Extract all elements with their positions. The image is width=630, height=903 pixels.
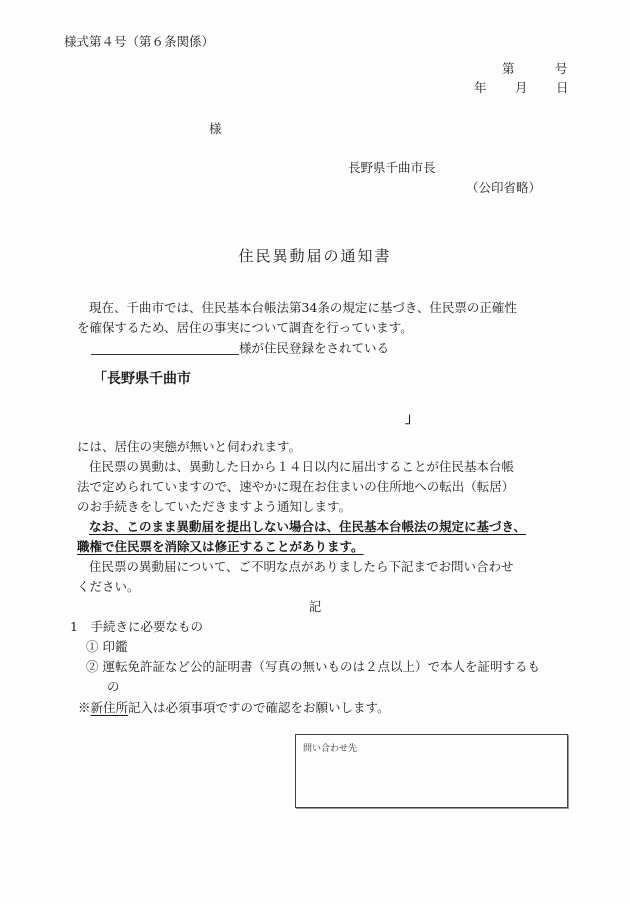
notes-heading: 記 bbox=[0, 601, 630, 614]
address-open: 「長野県千曲市 bbox=[93, 372, 191, 386]
notes-sub-item-2-line-2: の bbox=[107, 681, 120, 694]
notes-sub-item-2-line-1: ② 運転免許証など公的証明書（写真の無いものは２点以上）で本人を証明するも bbox=[86, 661, 540, 674]
resident-name-blank bbox=[91, 342, 239, 355]
paragraph-4-line-3: のお手続きをしていただきますよう通知します。 bbox=[77, 501, 351, 514]
addressee-honorific: 様 bbox=[209, 123, 222, 136]
notes-remark: ※新住所記入は必須事項ですので確認をお願いします。 bbox=[78, 702, 390, 715]
sender-name: 長野県千曲市長 bbox=[348, 162, 436, 175]
remark-underlined: 新住所 bbox=[91, 700, 129, 715]
resident-name-suffix: 様が住民登録をされている bbox=[239, 341, 389, 356]
address-close: 」 bbox=[405, 412, 419, 426]
notes-item-1: 1 手続きに必要なもの bbox=[70, 621, 203, 634]
date-day: 日 bbox=[556, 82, 569, 95]
warning-line-1: なお、このまま異動届を提出しない場合は、住民基本台帳法の規定に基づき、 bbox=[77, 521, 526, 534]
contact-box: 問い合わせ先 bbox=[295, 734, 568, 808]
paragraph-1-line-1: 現在、千曲市では、住民基本台帳法第34条の規定に基づき、住民票の正確性 bbox=[77, 302, 517, 315]
paragraph-3: には、居住の実態が無いと伺われます。 bbox=[77, 441, 301, 454]
doc-number-suffix: 号 bbox=[555, 63, 568, 76]
paragraph-5-line-2: ください。 bbox=[77, 581, 140, 594]
paragraph-1-line-2: を確保するため、居住の事実について調査を行っています。 bbox=[77, 322, 413, 335]
date-year: 年 bbox=[474, 82, 487, 95]
warning-line-2: 職権で住民票を消除又は修正することがあります。 bbox=[77, 541, 364, 554]
remark-mark: ※ bbox=[78, 700, 91, 715]
document-title: 住民異動届の通知書 bbox=[0, 249, 630, 264]
date-month: 月 bbox=[515, 82, 528, 95]
paragraph-4-line-1: 住民票の異動は、異動した日から１４日以内に届出することが住民基本台帳 bbox=[77, 461, 514, 474]
paragraph-5-line-1: 住民票の異動届について、ご不明な点がありましたら下記までお問い合わせ bbox=[77, 561, 514, 574]
form-number: 様式第４号（第６条関係） bbox=[64, 36, 214, 49]
resident-name-line: 様が住民登録をされている bbox=[91, 342, 389, 355]
seal-note: （公印省略） bbox=[466, 182, 541, 195]
notes-sub-item-1: ① 印鑑 bbox=[86, 641, 127, 654]
contact-label: 問い合わせ先 bbox=[303, 741, 357, 754]
doc-number-prefix: 第 bbox=[502, 63, 515, 76]
remark-text: 記入は必須事項ですので確認をお願いします。 bbox=[128, 700, 390, 715]
paragraph-4-line-2: 法で定められていますので、速やかに現在お住まいの住所地への転出（転居） bbox=[77, 481, 514, 494]
